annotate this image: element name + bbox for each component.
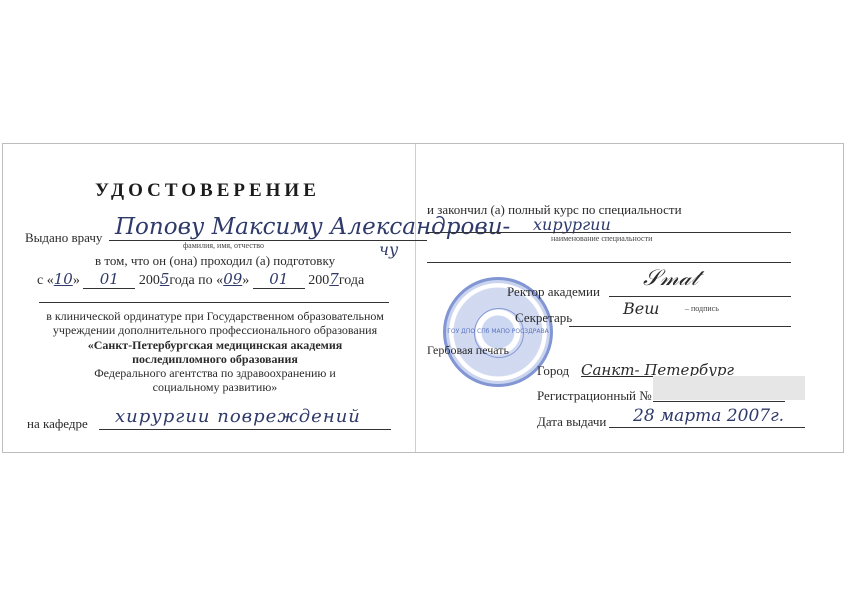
recipient-name-continuation: чу bbox=[379, 240, 398, 259]
issue-date-line bbox=[609, 427, 805, 428]
issue-date-value: 28 марта 2007г. bbox=[633, 406, 784, 426]
department-value: хирургии повреждений bbox=[115, 406, 361, 427]
rector-signature: 𝒮𝓂𝒶𝓉 bbox=[643, 266, 698, 291]
signature-caption: – подпись bbox=[685, 304, 719, 313]
training-dates: с «10» 01 2005года по «09» 01 2007года bbox=[37, 270, 364, 289]
secretary-signature-line bbox=[569, 326, 791, 327]
end-month: 01 bbox=[253, 270, 305, 289]
institution-line-2: учреждении дополнительного профессиональ… bbox=[25, 323, 405, 338]
specialty-caption: наименование специальности bbox=[551, 234, 652, 243]
registration-line bbox=[653, 401, 785, 402]
issue-date-label: Дата выдачи bbox=[537, 414, 606, 430]
name-caption: фамилия, имя, отчество bbox=[183, 241, 264, 250]
end-day: 09 bbox=[223, 270, 242, 288]
agency-line-2: социальному развитию» bbox=[25, 380, 405, 395]
rector-signature-line bbox=[609, 296, 791, 297]
rector-label: Ректор академии bbox=[507, 284, 600, 300]
blank-line bbox=[39, 302, 389, 303]
page-fold-divider bbox=[415, 144, 416, 452]
specialty-line bbox=[427, 232, 791, 233]
city-label: Город bbox=[537, 363, 569, 379]
certificate-document: УДОСТОВЕРЕНИЕ Выдано врачу Попову Максим… bbox=[2, 143, 844, 453]
academy-line-2: последипломного образования bbox=[25, 352, 405, 367]
registration-label: Регистрационный № bbox=[537, 388, 652, 404]
institution-line-1: в клинической ординатуре при Государстве… bbox=[25, 309, 405, 324]
seal-label: Гербовая печать bbox=[427, 343, 509, 358]
specialty-line-2 bbox=[427, 262, 791, 263]
start-month: 01 bbox=[83, 270, 135, 289]
department-line bbox=[99, 429, 391, 430]
agency-line-1: Федерального агентства по здравоохранени… bbox=[25, 366, 405, 381]
issued-label: Выдано врачу bbox=[25, 230, 102, 246]
end-year-digit: 7 bbox=[329, 270, 339, 288]
redacted-registration-number bbox=[653, 376, 805, 400]
secretary-label: Секретарь bbox=[515, 310, 572, 326]
department-label: на кафедре bbox=[27, 416, 88, 432]
academy-line-1: «Санкт-Петербургская медицинская академи… bbox=[25, 338, 405, 353]
secretary-signature: Веш bbox=[623, 299, 659, 318]
start-day: 10 bbox=[54, 270, 73, 288]
certificate-title: УДОСТОВЕРЕНИЕ bbox=[95, 180, 320, 202]
training-text: в том, что он (она) проходил (а) подгото… bbox=[95, 253, 335, 269]
start-year-digit: 5 bbox=[160, 270, 170, 288]
